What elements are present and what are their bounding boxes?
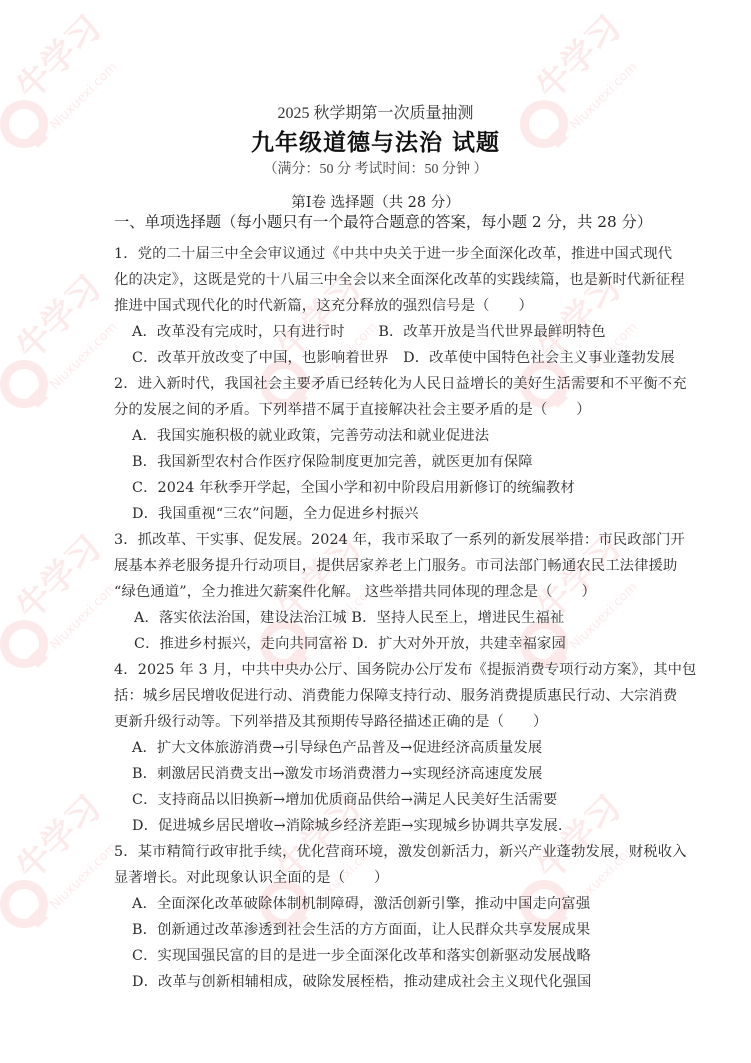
question-stem-line: 3．抓改革、干实事、促发展。2024 年，我市采取了一系列的新发展举措：市民政部… [114,530,685,550]
question-stem-line: 分的发展之间的矛盾。下列举措不属于直接解决社会主要矛盾的是（ ） [114,400,591,420]
question-option-line: D．我国重视“三农”问题，全力促进乡村振兴 [132,504,419,524]
question-stem-line: “绿色通道”，全力推进欠薪案件化解。 这些举措共同体现的理念是（ ） [114,582,596,602]
question-stem-line: 2．进入新时代，我国社会主要矛盾已经转化为人民日益增长的美好生活需要和不平衡不充 [114,374,687,394]
question-option-line: D．改革与创新相辅相成，破除发展桎梏，推动建成社会主义现代化强国 [132,972,591,992]
exam-title: 九年级道德与法治 试题 [0,124,751,157]
question-option-line: A．全面深化改革破除体制机制障碍，激活创新引擎，推动中国走向富强 [132,894,590,914]
question-option-line: C．实现国强民富的目的是进一步全面深化改革和落实创新驱动发展战略 [132,946,591,966]
question-stem-line: 推进中国式现代化的时代新篇，这充分释放的强烈信号是（ ） [114,296,533,316]
question-stem-line: 1．党的二十届三中全会审议通过《中共中央关于进一步全面深化改革，推进中国式现代 [114,244,672,264]
question-option-line: A．改革没有完成时，只有进行时 B．改革开放是当代世界最鲜明特色 [132,322,606,342]
part-title: 第Ⅰ卷 选择题（共 28 分） [0,191,751,212]
question-stem-line: 展基本养老服务提升行动项目，提供居家养老上门服务。市司法部门畅通农民工法律援助 [114,556,677,576]
question-stem-line: 化的决定》，这既是党的十八届三中全会以来全面深化改革的实践续篇，也是新时代新征程 [114,270,685,290]
exam-meta: （满分：50 分 考试时间：50 分钟 ） [0,158,751,178]
question-option-line: C．推进乡村振兴，走向共同富裕 D．扩大对外开放，共建幸福家园 [134,634,566,654]
exam-subtitle: 2025 秋学期第一次质量抽测 [0,100,751,123]
question-option-line: A．落实依法治国，建设法治江城 B．坚持人民至上，增进民生福祉 [134,608,564,628]
question-option-line: B．创新通过改革渗透到社会生活的方方面面，让人民群众共享发展成果 [132,920,591,940]
question-option-line: C．2024 年秋季开学起，全国小学和初中阶段启用新修订的统编教材 [132,478,575,498]
question-option-line: D．促进城乡居民增收→消除城乡经济差距→实现城乡协调共享发展. [132,816,563,836]
question-option-line: C．改革开放改变了中国，也影响着世界 D．改革使中国特色社会主义事业蓬勃发展 [132,348,675,368]
section-heading: 一、单项选择题（每小题只有一个最符合题意的答案，每小题 2 分，共 28 分） [114,210,652,232]
question-option-line: B．刺激居民消费支出→激发市场消费潜力→实现经济高速度发展 [132,764,543,784]
question-option-line: A．我国实施积极的就业政策，完善劳动法和就业促进法 [132,426,489,446]
question-stem-line: 更新升级行动等。下列举措及其预期传导路径描述正确的是（ ） [114,712,547,732]
question-stem-line: 括：城乡居民增收促进行动、消费能力保障支持行动、服务消费提质惠民行动、大宗消费 [114,686,677,706]
watermark-ring-icon [0,880,48,928]
question-option-line: A．扩大文体旅游消费→引导绿色产品普及→促进经济高质量发展 [132,738,542,758]
question-stem-line: 4．2025 年 3 月，中共中央办公厅、国务院办公厅发布《提振消费专项行动方案… [114,660,697,680]
watermark-ring-icon [0,360,48,408]
question-option-line: C．支持商品以旧换新→增加优质商品供给→满足人民美好生活需要 [132,790,557,810]
question-stem-line: 显著增长。对此现象认识全面的是（ ） [114,868,389,888]
watermark-ring-icon [0,620,48,668]
question-stem-line: 5．某市精简行政审批手续，优化营商环境，激发创新活力，新兴产业蓬勃发展，财税收入 [114,842,687,862]
question-option-line: B．我国新型农村合作医疗保险制度更加完善，就医更加有保障 [132,452,533,472]
